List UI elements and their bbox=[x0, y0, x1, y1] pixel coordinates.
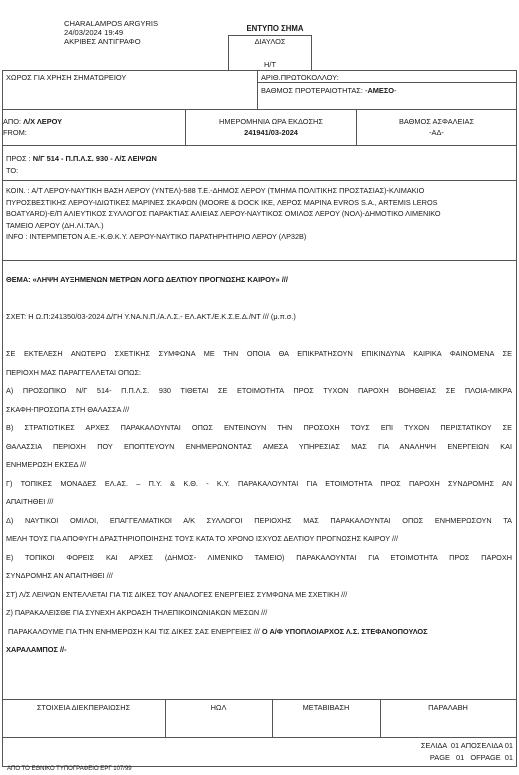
body-line: ΜΕΛΗ ΤΟΥΣ ΓΙΑ ΑΠΟΦΥΓΗ ΔΡΑΣΤΗΡΙΟΠΟΙΗΣΗΣ Τ… bbox=[6, 534, 512, 543]
signature: Ο Α/Φ ΥΠΟΠΛΟΙΑΡΧΟΣ Λ.Σ. ΣΤΕΦΑΝΟΠΟΥΛΟΣ bbox=[262, 627, 428, 636]
body-line: Ε) ΤΟΠΙΚΟΙ ΦΟΡΕΙΣ ΚΑΙ ΑΡΧΕΣ (ΔΗΜΟΣ- ΛΙΜΕ… bbox=[6, 553, 512, 562]
subject: ΘΕΜΑ: «ΛΗΨΗ ΑΥΞΗΜΕΝΩΝ ΜΕΤΡΩΝ ΛΟΓΩ ΔΕΛΤΙΟ… bbox=[6, 275, 288, 284]
print-datetime: 24/03/2024 19:49 bbox=[64, 28, 158, 37]
printer-note: ΑΠΟ ΤΟ ΕΘΝΙΚΟ ΤΥΠΟΓΡΑΦΕΙΟ ΕΡΓ 107/99 bbox=[7, 766, 132, 772]
cc-recipients: ΚΟΙΝ. : Α/Τ ΛΕΡΟΥ-ΝΑΥΤΙΚΗ ΒΑΣΗ ΛΕΡΟΥ (ΥΝ… bbox=[6, 185, 511, 243]
body-line: Β) ΣΤΡΑΤΙΩΤΙΚΕΣ ΑΡΧΕΣ ΠΑΡΑΚΑΛΟΥΝΤΑΙ ΟΠΩΣ… bbox=[6, 423, 512, 432]
cc-line: ΠΥΡΟΣΒΕΣΤΙΚΗΣ ΛΕΡΟΥ-ΙΔΙΩΤΙΚΕΣ ΜΑΡΙΝΕΣ ΣΚ… bbox=[6, 197, 511, 209]
page-number-gr: ΣΕΛΙΔΑ 01 ΑΠΟΣΕΛΙΔΑ 01 bbox=[421, 741, 513, 750]
protocol-number-label: ΑΡΙΘ.ΠΡΩΤΟΚΟΛΛΟΥ: bbox=[261, 73, 339, 82]
user-name: CHARALAMPOS ARGYRIS bbox=[64, 19, 158, 28]
channel-value: Η/Τ bbox=[229, 60, 311, 69]
body-line: ΣΤ) Λ/Σ ΛΕΙΨΩΝ ΕΝΤΕΛΛΕΤΑΙ ΓΙΑ ΤΙΣ ΔΙΚΕΣ … bbox=[6, 590, 512, 599]
body-line: ΕΝΗΜΕΡΩΣΗ ΕΚΣΕΔ /// bbox=[6, 460, 512, 469]
from-field: ΑΠΟ: Λ/Χ ΛΕΡΟΥ bbox=[3, 117, 62, 126]
reference: ΣΧΕΤ: Η Ω.Π:241350/03-2024 Δ/ΓΗ Υ.ΝΑ.Ν.Π… bbox=[6, 312, 296, 321]
body-line: Δ) ΝΑΥΤΙΚΟΙ ΟΜΙΛΟΙ, ΕΠΑΓΓΕΛΜΑΤΙΚΟΙ Α/Κ Σ… bbox=[6, 516, 512, 525]
priority-field: ΒΑΘΜΟΣ ΠΡΟΤΕΡΑΙΟΤΗΤΑΣ: -ΑΜΕΣΟ- bbox=[261, 86, 397, 95]
footer-col-transmission: ΜΕΤΑΒΙΒΑΣΗ bbox=[272, 703, 380, 712]
copy-header: CHARALAMPOS ARGYRIS 24/03/2024 19:49 ΑΚΡ… bbox=[64, 19, 158, 46]
body-line: Α) ΠΡΟΣΩΠΙΚΟ Ν/Γ 514- Π.Π.Λ.Σ. 930 ΤΙΘΕΤ… bbox=[6, 386, 512, 395]
footer-col-processing: ΣΤΟΙΧΕΙΑ ΔΙΕΚΠΕΡΑΙΩΣΗΣ bbox=[2, 703, 165, 712]
to-label: ΠΡΟΣ : bbox=[6, 154, 31, 163]
priority-value: ΑΜΕΣΟ bbox=[367, 86, 394, 95]
signature-name: ΧΑΡΑΛΑΜΠΟΣ //- bbox=[6, 645, 67, 654]
footer-col-hol: ΗΩΛ bbox=[165, 703, 272, 712]
security-level-label: ΒΑΘΜΟΣ ΑΣΦΑΛΕΙΑΣ bbox=[357, 117, 516, 126]
body-line: Ζ) ΠΑΡΑΚΑΛΕΙΣΘΕ ΓΙΑ ΣΥΝΕΧΗ ΑΚΡΟΑΣΗ ΤΗΛΕΠ… bbox=[6, 608, 512, 617]
from-label-en: FROM: bbox=[3, 128, 27, 137]
priority-label: ΒΑΘΜΟΣ ΠΡΟΤΕΡΑΙΟΤΗΤΑΣ: - bbox=[261, 86, 367, 95]
info-line: INFO : ΙΝΤΕΡΜΠΕΤΟΝ Α.Ε.-Κ.Θ.Κ.Υ. ΛΕΡΟΥ-Ν… bbox=[6, 231, 511, 243]
form-title: ΕΝΤΥΠΟ ΣΗΜΑ bbox=[230, 24, 320, 33]
page-number-en: PAGE 01 OFPAGE 01 bbox=[430, 753, 513, 762]
body-line: ΣΚΑΦΗ-ΠΡΟΣΩΠΑ ΣΤΗ ΘΑΛΑΣΣΑ /// bbox=[6, 405, 512, 414]
signals-space-label: ΧΩΡΟΣ ΓΙΑ ΧΡΗΣΗ ΣΗΜΑΤΩΡΕΙΟΥ bbox=[6, 73, 126, 82]
copy-note: ΑΚΡΙΒΕΣ ΑΝΤΙΓΡΑΦΟ bbox=[64, 37, 158, 46]
from-value: Λ/Χ ΛΕΡΟΥ bbox=[23, 117, 62, 126]
body-line: ΘΑΛΑΣΣΙΑ ΠΕΡΙΟΧΗ ΠΟΥ ΕΠΟΠΤΕΥΟΥΝ ΕΝΗΜΕΡΩΝ… bbox=[6, 442, 512, 451]
body-line: ΣΕ ΕΚΤΕΛΕΣΗ ΑΝΩΤΕΡΩ ΣΧΕΤΙΚΗΣ ΣΥΜΦΩΝΑ ΜΕ … bbox=[6, 349, 512, 358]
body-line: ΣΥΝΔΡΟΜΗΣ ΑΝ ΑΠΑΙΤΗΘΕΙ /// bbox=[6, 571, 512, 580]
body-line: Γ) ΤΟΠΙΚΕΣ ΜΟΝΑΔΕΣ ΕΛ.ΑΣ. – Π.Υ. & Κ.Θ. … bbox=[6, 479, 512, 488]
to-field: ΠΡΟΣ : Ν/Γ 514 - Π.Π.Λ.Σ. 930 - Λ/Σ ΛΕΙΨ… bbox=[6, 154, 157, 163]
closing-line: ΠΑΡΑΚΑΛΟΥΜΕ ΓΙΑ ΤΗΝ ΕΝΗΜΕΡΩΣΗ ΚΑΙ ΤΙΣ ΔΙ… bbox=[6, 627, 428, 636]
priority-suffix: - bbox=[394, 86, 396, 95]
body-line: ΠΕΡΙΟΧΗ ΜΑΣ ΠΑΡΑΓΓΕΛΛΕΤΑΙ ΟΠΩΣ: bbox=[6, 368, 512, 377]
issue-date-label: ΗΜΕΡΟΜΗΝΙΑ ΩΡΑ ΕΚΔΟΣΗΣ bbox=[186, 117, 356, 126]
cc-line: ΚΟΙΝ. : Α/Τ ΛΕΡΟΥ-ΝΑΥΤΙΚΗ ΒΑΣΗ ΛΕΡΟΥ (ΥΝ… bbox=[6, 185, 511, 197]
security-level-value: -ΑΔ- bbox=[357, 128, 516, 137]
closing-text: ΠΑΡΑΚΑΛΟΥΜΕ ΓΙΑ ΤΗΝ ΕΝΗΜΕΡΩΣΗ ΚΑΙ ΤΙΣ ΔΙ… bbox=[6, 627, 262, 636]
to-label-en: TO: bbox=[6, 166, 18, 175]
footer-col-receipt: ΠΑΡΑΛΑΒΗ bbox=[380, 703, 516, 712]
from-label: ΑΠΟ: bbox=[3, 117, 21, 126]
cc-line: ΤΑΜΕΙΟ ΛΕΡΟΥ (ΔΗ.ΛΙ.ΤΑΛ.) bbox=[6, 220, 511, 232]
body-line: ΑΠΑΙΤΗΘΕΙ /// bbox=[6, 497, 512, 506]
channel-label: ΔΙΑΥΛΟΣ bbox=[229, 37, 311, 46]
channel-box: ΔΙΑΥΛΟΣ Η/Τ bbox=[228, 35, 312, 71]
to-value: Ν/Γ 514 - Π.Π.Λ.Σ. 930 - Λ/Σ ΛΕΙΨΩΝ bbox=[33, 154, 157, 163]
issue-date-value: 241941/03-2024 bbox=[186, 128, 356, 137]
cc-line: BOATYARD)-Ε/Π ΑΛΙΕΥΤΙΚΟΣ ΣΥΛΛΟΓΟΣ ΠΑΡΑΚΤ… bbox=[6, 208, 511, 220]
